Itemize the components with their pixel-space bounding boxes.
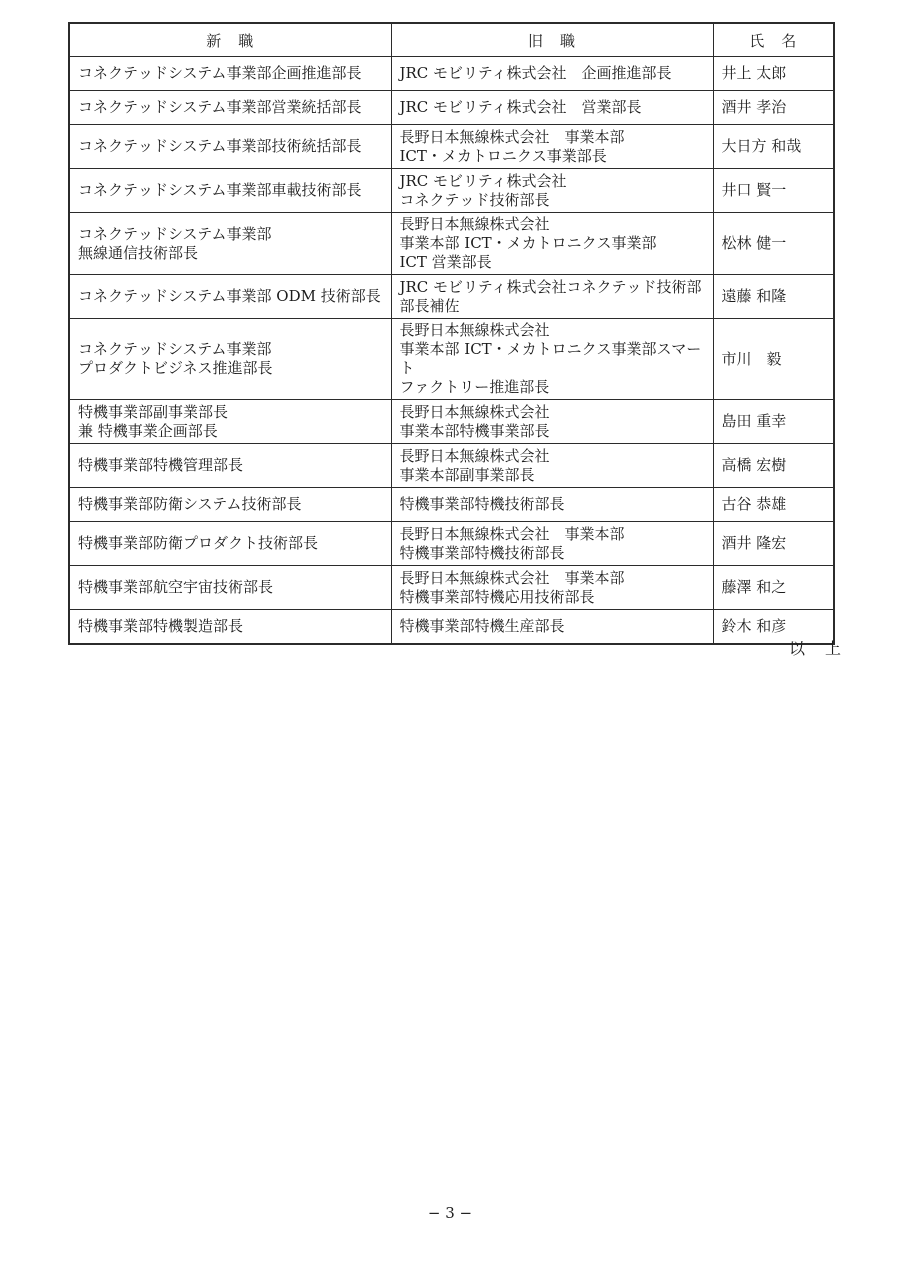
old-position-cell: 長野日本無線株式会社 事業本部 ICT・メカトロニクス事業部 ICT 営業部長: [391, 213, 713, 275]
old-position-cell: 特機事業部特機技術部長: [391, 488, 713, 522]
name-cell: 井口 賢一: [713, 169, 834, 213]
new-position-cell: 特機事業部防衛プロダクト技術部長: [69, 522, 391, 566]
name-cell: 井上 太郎: [713, 57, 834, 91]
header-old-position: 旧 職: [391, 23, 713, 57]
old-position-cell: 長野日本無線株式会社 事業本部 特機事業部特機技術部長: [391, 522, 713, 566]
new-position-cell: 特機事業部特機管理部長: [69, 444, 391, 488]
header-new-position: 新 職: [69, 23, 391, 57]
name-cell: 遠藤 和隆: [713, 275, 834, 319]
old-position-cell: 特機事業部特機生産部長: [391, 610, 713, 644]
document-page: 新 職 旧 職 氏 名 コネクテッドシステム事業部企画推進部長 JRC モビリテ…: [0, 0, 900, 1273]
page-number: − 3 −: [0, 1204, 900, 1222]
new-position-cell: 特機事業部副事業部長 兼 特機事業企画部長: [69, 400, 391, 444]
table-row: 特機事業部特機管理部長 長野日本無線株式会社 事業本部副事業部長 高橋 宏樹: [69, 444, 834, 488]
new-position-cell: 特機事業部防衛システム技術部長: [69, 488, 391, 522]
new-position-cell: コネクテッドシステム事業部技術統括部長: [69, 125, 391, 169]
name-cell: 酒井 隆宏: [713, 522, 834, 566]
table-row: 特機事業部特機製造部長 特機事業部特機生産部長 鈴木 和彦: [69, 610, 834, 644]
name-cell: 松林 健一: [713, 213, 834, 275]
new-position-cell: コネクテッドシステム事業部 ODM 技術部長: [69, 275, 391, 319]
old-position-cell: 長野日本無線株式会社 事業本部副事業部長: [391, 444, 713, 488]
table-row: コネクテッドシステム事業部車載技術部長 JRC モビリティ株式会社 コネクテッド…: [69, 169, 834, 213]
old-position-cell: 長野日本無線株式会社 事業本部 特機事業部特機応用技術部長: [391, 566, 713, 610]
name-cell: 藤澤 和之: [713, 566, 834, 610]
old-position-cell: JRC モビリティ株式会社 企画推進部長: [391, 57, 713, 91]
table-row: コネクテッドシステム事業部 無線通信技術部長 長野日本無線株式会社 事業本部 I…: [69, 213, 834, 275]
new-position-cell: コネクテッドシステム事業部 プロダクトビジネス推進部長: [69, 319, 391, 400]
old-position-cell: 長野日本無線株式会社 事業本部特機事業部長: [391, 400, 713, 444]
table-row: コネクテッドシステム事業部技術統括部長 長野日本無線株式会社 事業本部 ICT・…: [69, 125, 834, 169]
new-position-cell: コネクテッドシステム事業部企画推進部長: [69, 57, 391, 91]
name-cell: 古谷 恭雄: [713, 488, 834, 522]
name-cell: 市川 毅: [713, 319, 834, 400]
table-row: 特機事業部防衛プロダクト技術部長 長野日本無線株式会社 事業本部 特機事業部特機…: [69, 522, 834, 566]
name-cell: 高橋 宏樹: [713, 444, 834, 488]
new-position-cell: 特機事業部航空宇宙技術部長: [69, 566, 391, 610]
table-row: コネクテッドシステム事業部企画推進部長 JRC モビリティ株式会社 企画推進部長…: [69, 57, 834, 91]
name-cell: 島田 重幸: [713, 400, 834, 444]
table-row: コネクテッドシステム事業部 プロダクトビジネス推進部長 長野日本無線株式会社 事…: [69, 319, 834, 400]
new-position-cell: コネクテッドシステム事業部営業統括部長: [69, 91, 391, 125]
assignment-table: 新 職 旧 職 氏 名 コネクテッドシステム事業部企画推進部長 JRC モビリテ…: [68, 22, 835, 645]
closing-statement: 以 上: [789, 636, 843, 659]
assignment-table-body: コネクテッドシステム事業部企画推進部長 JRC モビリティ株式会社 企画推進部長…: [69, 57, 834, 644]
table-row: 特機事業部航空宇宙技術部長 長野日本無線株式会社 事業本部 特機事業部特機応用技…: [69, 566, 834, 610]
new-position-cell: コネクテッドシステム事業部車載技術部長: [69, 169, 391, 213]
old-position-cell: 長野日本無線株式会社 事業本部 ICT・メカトロニクス事業部スマート ファクトリ…: [391, 319, 713, 400]
table-row: 特機事業部防衛システム技術部長 特機事業部特機技術部長 古谷 恭雄: [69, 488, 834, 522]
header-name: 氏 名: [713, 23, 834, 57]
table-row: コネクテッドシステム事業部営業統括部長 JRC モビリティ株式会社 営業部長 酒…: [69, 91, 834, 125]
table-row: コネクテッドシステム事業部 ODM 技術部長 JRC モビリティ株式会社コネクテ…: [69, 275, 834, 319]
old-position-cell: JRC モビリティ株式会社 営業部長: [391, 91, 713, 125]
name-cell: 大日方 和哉: [713, 125, 834, 169]
new-position-cell: コネクテッドシステム事業部 無線通信技術部長: [69, 213, 391, 275]
table-header-row: 新 職 旧 職 氏 名: [69, 23, 834, 57]
new-position-cell: 特機事業部特機製造部長: [69, 610, 391, 644]
old-position-cell: JRC モビリティ株式会社 コネクテッド技術部長: [391, 169, 713, 213]
old-position-cell: 長野日本無線株式会社 事業本部 ICT・メカトロニクス事業部長: [391, 125, 713, 169]
table-row: 特機事業部副事業部長 兼 特機事業企画部長 長野日本無線株式会社 事業本部特機事…: [69, 400, 834, 444]
name-cell: 酒井 孝治: [713, 91, 834, 125]
old-position-cell: JRC モビリティ株式会社コネクテッド技術部 部長補佐: [391, 275, 713, 319]
